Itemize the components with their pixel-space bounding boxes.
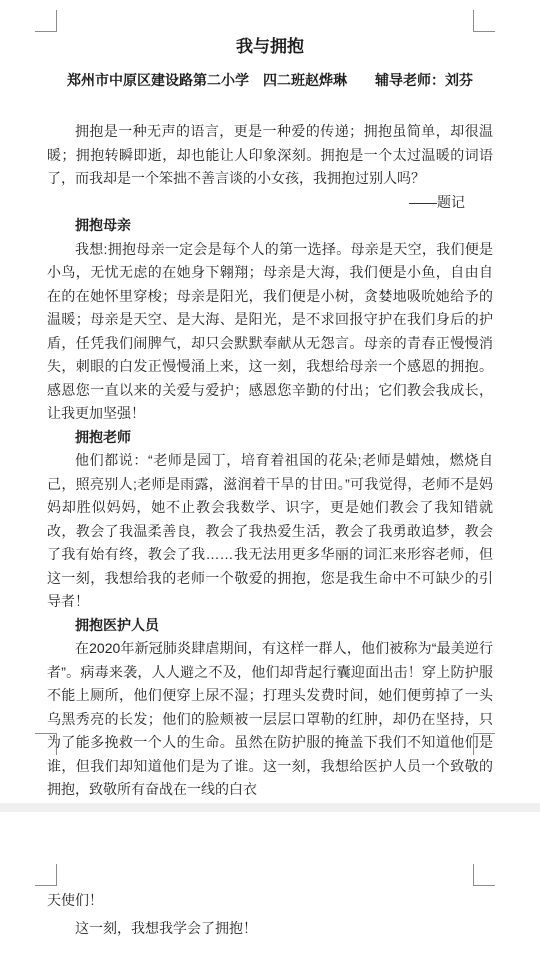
section-heading-mother: 拥抱母亲 [47, 214, 493, 238]
section-body-mother: 我想:拥抱母亲一定会是每个人的第一选择。母亲是天空，我们便是小鸟，无忧无虑的在她… [47, 238, 493, 426]
crop-mark-page2-top-left [35, 864, 57, 886]
page-2: 天使们！ 这一刻，我想我学会了拥抱！ [0, 812, 540, 968]
intro-paragraph: 拥抱是一种无声的语言，更是一种爱的传递；拥抱虽简单，却很温暖；拥抱转瞬即逝，却也… [47, 120, 493, 191]
section-body-teacher: 他们都说：“老师是园丁，培育着祖国的花朵;老师是蜡烛，燃烧自己，照亮别人;老师是… [47, 449, 493, 614]
page-1: 我与拥抱 郑州市中原区建设路第二小学 四二班赵烨琳 辅导老师：刘芬 拥抱是一种无… [0, 0, 540, 803]
crop-mark-page1-bottom-left [35, 733, 57, 755]
continuation-line: 天使们！ [47, 888, 493, 912]
document-viewport: 我与拥抱 郑州市中原区建设路第二小学 四二班赵烨琳 辅导老师：刘芬 拥抱是一种无… [0, 0, 540, 968]
crop-mark-page1-top-left [35, 10, 57, 32]
section-heading-teacher: 拥抱老师 [47, 426, 493, 450]
crop-mark-page2-top-right [473, 864, 495, 886]
section-body-medical: 在2020年新冠肺炎肆虐期间，有这样一群人，他们被称为“最美逆行者”。病毒来袭，… [47, 637, 493, 802]
crop-mark-page1-bottom-right [473, 733, 495, 755]
essay-title: 我与拥抱 [47, 36, 493, 58]
crop-mark-page1-top-right [473, 10, 495, 32]
epigraph: ——题记 [47, 191, 493, 215]
page1-content: 我与拥抱 郑州市中原区建设路第二小学 四二班赵烨琳 辅导老师：刘芬 拥抱是一种无… [0, 0, 540, 802]
essay-byline: 郑州市中原区建设路第二小学 四二班赵烨琳 辅导老师：刘芬 [47, 71, 493, 90]
page-break-divider [0, 803, 540, 812]
section-heading-medical: 拥抱医护人员 [47, 614, 493, 638]
closing-line: 这一刻，我想我学会了拥抱！ [47, 916, 493, 940]
page2-content: 天使们！ 这一刻，我想我学会了拥抱！ [0, 812, 540, 940]
